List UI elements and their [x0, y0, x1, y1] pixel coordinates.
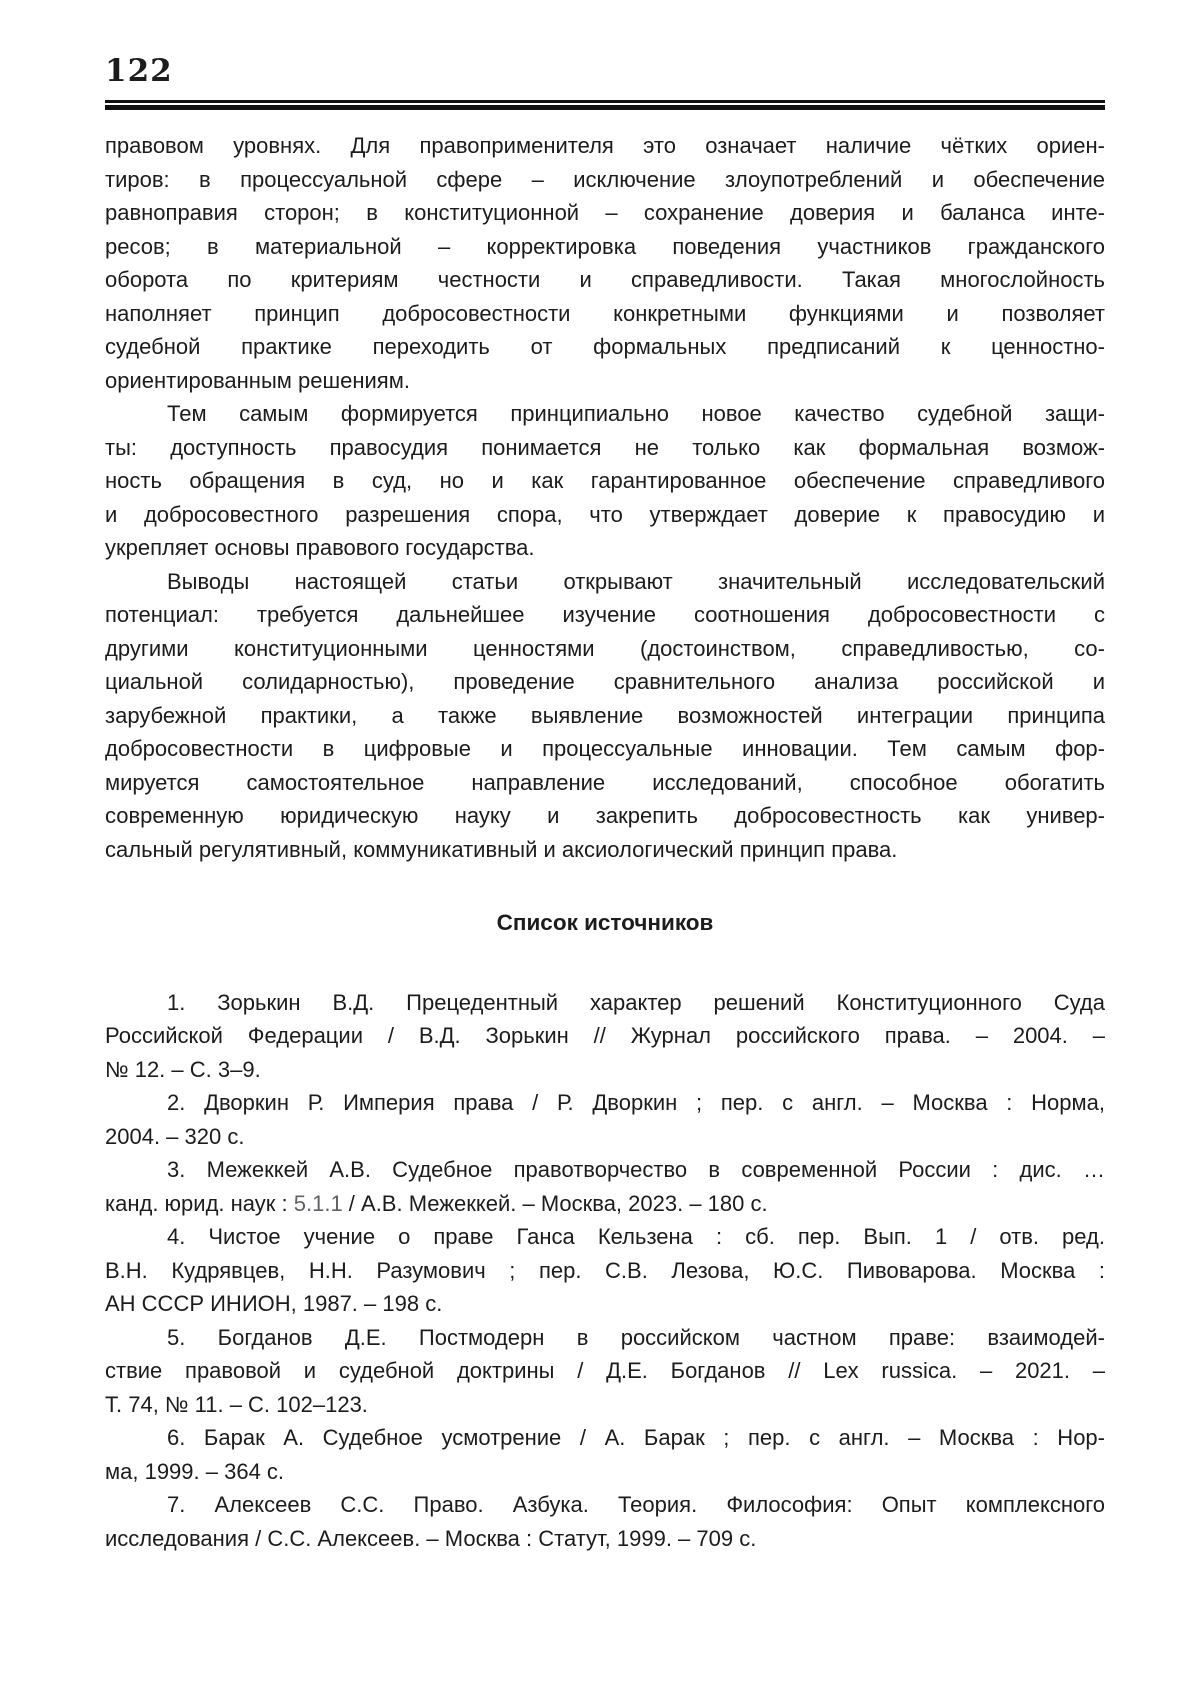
source-item: 6. Барак А. Судебное усмотрение / А. Бар…: [105, 1421, 1105, 1488]
sources-heading: Список источников: [105, 906, 1105, 940]
text-line: потенциал: требуется дальнейшее изучение…: [105, 598, 1105, 632]
source-item: 2. Дворкин Р. Империя права / Р. Дворкин…: [105, 1086, 1105, 1153]
text-segment: Выводы настоящей статьи открывают значит…: [167, 569, 1105, 594]
text-line: 6. Барак А. Судебное усмотрение / А. Бар…: [105, 1421, 1105, 1455]
text-line: ориентированным решениям.: [105, 364, 1105, 398]
text-segment: 7. Алексеев С.С. Право. Азбука. Теория. …: [167, 1492, 1105, 1517]
text-line: сальный регулятивный, коммуникативный и …: [105, 833, 1105, 867]
text-segment: зарубежной практики, а также выявление в…: [105, 703, 1105, 728]
text-line: циальной солидарностью), проведение срав…: [105, 665, 1105, 699]
article-content: правовом уровнях. Для правоприменителя э…: [105, 129, 1105, 1555]
text-segment: укрепляет основы правового государства.: [105, 535, 535, 560]
text-segment: другими конституционными ценностями (дос…: [105, 636, 1105, 661]
text-line: ность обращения в суд, но и как гарантир…: [105, 464, 1105, 498]
text-segment: Тем самым формируется принципиально ново…: [167, 401, 1105, 426]
text-segment: исследования / С.С. Алексеев. – Москва :…: [105, 1526, 756, 1551]
text-line: Российской Федерации / В.Д. Зорькин // Ж…: [105, 1019, 1105, 1053]
text-line: тиров: в процессуальной сфере – исключен…: [105, 163, 1105, 197]
text-segment: сальный регулятивный, коммуникативный и …: [105, 837, 897, 862]
text-segment: ты: доступность правосудия понимается не…: [105, 435, 1105, 460]
text-segment: АН СССР ИНИОН, 1987. – 198 с.: [105, 1291, 442, 1316]
text-segment: добросовестности в цифровые и процессуал…: [105, 736, 1105, 761]
sources-list: 1. Зорькин В.Д. Прецедентный характер ре…: [105, 986, 1105, 1556]
text-line: 3. Межеккей А.В. Судебное правотворчеств…: [105, 1153, 1105, 1187]
text-line: 2. Дворкин Р. Империя права / Р. Дворкин…: [105, 1086, 1105, 1120]
text-line: ресов; в материальной – корректировка по…: [105, 230, 1105, 264]
text-line: канд. юрид. наук : 5.1.1 / А.В. Межеккей…: [105, 1187, 1105, 1221]
text-segment: Российской Федерации / В.Д. Зорькин // Ж…: [105, 1023, 1105, 1048]
text-line: современную юридическую науку и закрепит…: [105, 799, 1105, 833]
text-line: другими конституционными ценностями (дос…: [105, 632, 1105, 666]
text-segment: / А.В. Межеккей. – Москва, 2023. – 180 с…: [343, 1191, 768, 1216]
text-segment: 2. Дворкин Р. Империя права / Р. Дворкин…: [167, 1090, 1105, 1115]
text-line: 5. Богданов Д.Е. Постмодерн в российском…: [105, 1321, 1105, 1355]
text-line: мируется самостоятельное направление исс…: [105, 766, 1105, 800]
specialty-code: 5.1.1: [294, 1191, 343, 1216]
text-line: Выводы настоящей статьи открывают значит…: [105, 565, 1105, 599]
text-line: и добросовестного разрешения спора, что …: [105, 498, 1105, 532]
text-line: 7. Алексеев С.С. Право. Азбука. Теория. …: [105, 1488, 1105, 1522]
text-segment: ствие правовой и судебной доктрины / Д.Е…: [105, 1358, 1105, 1383]
text-line: В.Н. Кудрявцев, Н.Н. Разумович ; пер. С.…: [105, 1254, 1105, 1288]
text-line: ты: доступность правосудия понимается не…: [105, 431, 1105, 465]
header-rule-thick-line: [105, 105, 1105, 110]
text-line: 4. Чистое учение о праве Ганса Кельзена …: [105, 1220, 1105, 1254]
text-segment: В.Н. Кудрявцев, Н.Н. Разумович ; пер. С.…: [105, 1258, 1105, 1283]
text-segment: канд. юрид. наук :: [105, 1191, 294, 1216]
text-segment: 6. Барак А. Судебное усмотрение / А. Бар…: [167, 1425, 1105, 1450]
header-rule: [105, 100, 1105, 110]
text-line: добросовестности в цифровые и процессуал…: [105, 732, 1105, 766]
text-line: ствие правовой и судебной доктрины / Д.Е…: [105, 1354, 1105, 1388]
text-line: 1. Зорькин В.Д. Прецедентный характер ре…: [105, 986, 1105, 1020]
source-item: 4. Чистое учение о праве Ганса Кельзена …: [105, 1220, 1105, 1321]
text-line: судебной практике переходить от формальн…: [105, 330, 1105, 364]
text-segment: и добросовестного разрешения спора, что …: [105, 502, 1105, 527]
text-line: равноправия сторон; в конституционной – …: [105, 196, 1105, 230]
text-line: наполняет принцип добросовестности конкр…: [105, 297, 1105, 331]
document-page: 122 правовом уровнях. Для правопримените…: [0, 0, 1200, 1698]
body-paragraph: Тем самым формируется принципиально ново…: [105, 397, 1105, 565]
source-item: 3. Межеккей А.В. Судебное правотворчеств…: [105, 1153, 1105, 1220]
text-segment: ориентированным решениям.: [105, 368, 410, 393]
text-line: № 12. – С. 3–9.: [105, 1053, 1105, 1087]
text-segment: наполняет принцип добросовестности конкр…: [105, 301, 1105, 326]
text-line: укрепляет основы правового государства.: [105, 531, 1105, 565]
text-line: АН СССР ИНИОН, 1987. – 198 с.: [105, 1287, 1105, 1321]
text-line: Тем самым формируется принципиально ново…: [105, 397, 1105, 431]
text-segment: ность обращения в суд, но и как гарантир…: [105, 468, 1105, 493]
text-line: ма, 1999. – 364 с.: [105, 1455, 1105, 1489]
text-segment: ресов; в материальной – корректировка по…: [105, 234, 1105, 259]
text-line: правовом уровнях. Для правоприменителя э…: [105, 129, 1105, 163]
text-segment: 5. Богданов Д.Е. Постмодерн в российском…: [167, 1325, 1105, 1350]
source-item: 5. Богданов Д.Е. Постмодерн в российском…: [105, 1321, 1105, 1422]
text-line: Т. 74, № 11. – С. 102–123.: [105, 1388, 1105, 1422]
page-number: 122: [105, 56, 1105, 87]
source-item: 1. Зорькин В.Д. Прецедентный характер ре…: [105, 986, 1105, 1087]
text-segment: циальной солидарностью), проведение срав…: [105, 669, 1105, 694]
text-line: оборота по критериям честности и справед…: [105, 263, 1105, 297]
body-paragraph: правовом уровнях. Для правоприменителя э…: [105, 129, 1105, 397]
text-segment: Т. 74, № 11. – С. 102–123.: [105, 1392, 368, 1417]
text-segment: равноправия сторон; в конституционной – …: [105, 200, 1105, 225]
text-segment: оборота по критериям честности и справед…: [105, 267, 1105, 292]
text-line: 2004. – 320 с.: [105, 1120, 1105, 1154]
body-paragraph: Выводы настоящей статьи открывают значит…: [105, 565, 1105, 867]
text-segment: современную юридическую науку и закрепит…: [105, 803, 1105, 828]
text-line: зарубежной практики, а также выявление в…: [105, 699, 1105, 733]
text-segment: судебной практике переходить от формальн…: [105, 334, 1105, 359]
text-segment: правовом уровнях. Для правоприменителя э…: [105, 133, 1105, 158]
text-segment: мируется самостоятельное направление исс…: [105, 770, 1105, 795]
text-segment: 3. Межеккей А.В. Судебное правотворчеств…: [167, 1157, 1105, 1182]
text-segment: тиров: в процессуальной сфере – исключен…: [105, 167, 1105, 192]
text-segment: потенциал: требуется дальнейшее изучение…: [105, 602, 1105, 627]
text-segment: 1. Зорькин В.Д. Прецедентный характер ре…: [167, 990, 1105, 1015]
text-line: исследования / С.С. Алексеев. – Москва :…: [105, 1522, 1105, 1556]
text-segment: № 12. – С. 3–9.: [105, 1057, 261, 1082]
text-segment: 4. Чистое учение о праве Ганса Кельзена …: [167, 1224, 1105, 1249]
text-segment: 2004. – 320 с.: [105, 1124, 244, 1149]
body-paragraphs: правовом уровнях. Для правоприменителя э…: [105, 129, 1105, 866]
text-segment: ма, 1999. – 364 с.: [105, 1459, 284, 1484]
source-item: 7. Алексеев С.С. Право. Азбука. Теория. …: [105, 1488, 1105, 1555]
